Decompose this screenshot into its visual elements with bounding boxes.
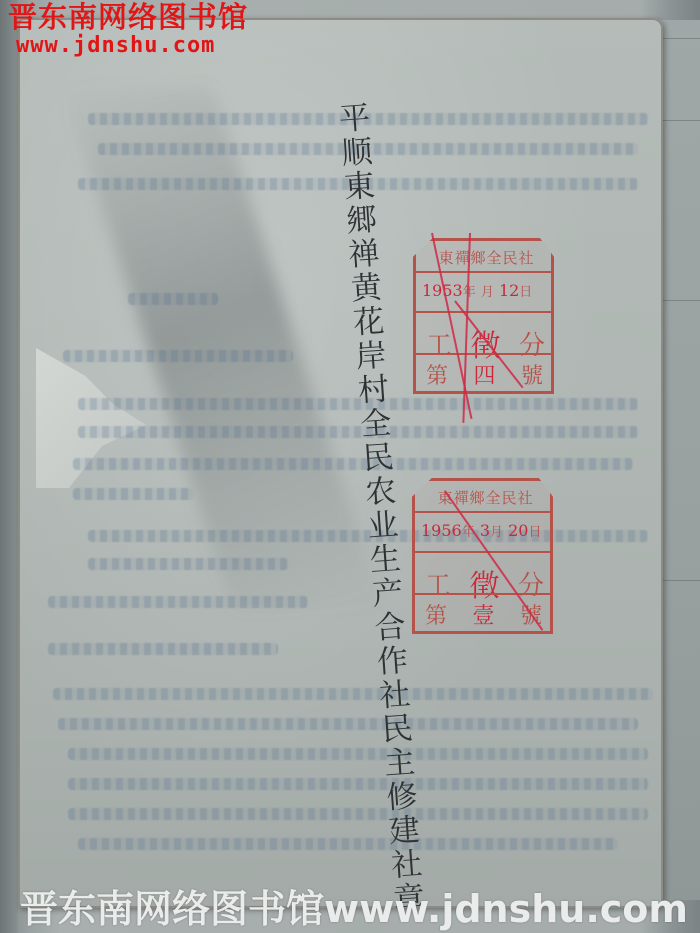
- stamp-day: 20: [508, 521, 528, 540]
- watermark-top: 晋东南网络图书馆 www.jdnshu.com: [8, 0, 248, 58]
- stamp-date: 1953年 月 12日: [422, 281, 547, 300]
- stamp-year: 1956: [421, 521, 462, 540]
- stamp-day: 12: [499, 281, 519, 300]
- red-stamp-2: 東禪鄉全民社 1956年 3月 20日 工 徵 分 第 壹 號: [412, 478, 553, 634]
- bleed-through-line: [63, 350, 293, 362]
- stamp-month: 3: [480, 521, 490, 540]
- watermark-bottom: 晋东南网络图书馆www.jdnshu.com: [20, 887, 688, 931]
- stamp-date: 1956年 3月 20日: [421, 521, 546, 540]
- red-stamp-1: 東禪鄉全民社 1953年 月 12日 工 徵 分 第 四 號: [413, 238, 554, 394]
- watermark-title: 晋东南网络图书馆: [8, 0, 248, 34]
- stamp-header: 東禪鄉全民社: [436, 247, 537, 268]
- left-edge-shadow: [0, 0, 18, 933]
- bleed-through-line: [128, 293, 218, 305]
- bleed-through-line: [78, 838, 618, 850]
- bleed-through-line: [48, 596, 308, 608]
- stamp-number-row: 第 四 號: [426, 359, 543, 390]
- watermark-url: www.jdnshu.com: [16, 34, 248, 58]
- bleed-through-line: [48, 643, 278, 655]
- bleed-through-line: [88, 558, 288, 570]
- bleed-through-line: [73, 488, 193, 500]
